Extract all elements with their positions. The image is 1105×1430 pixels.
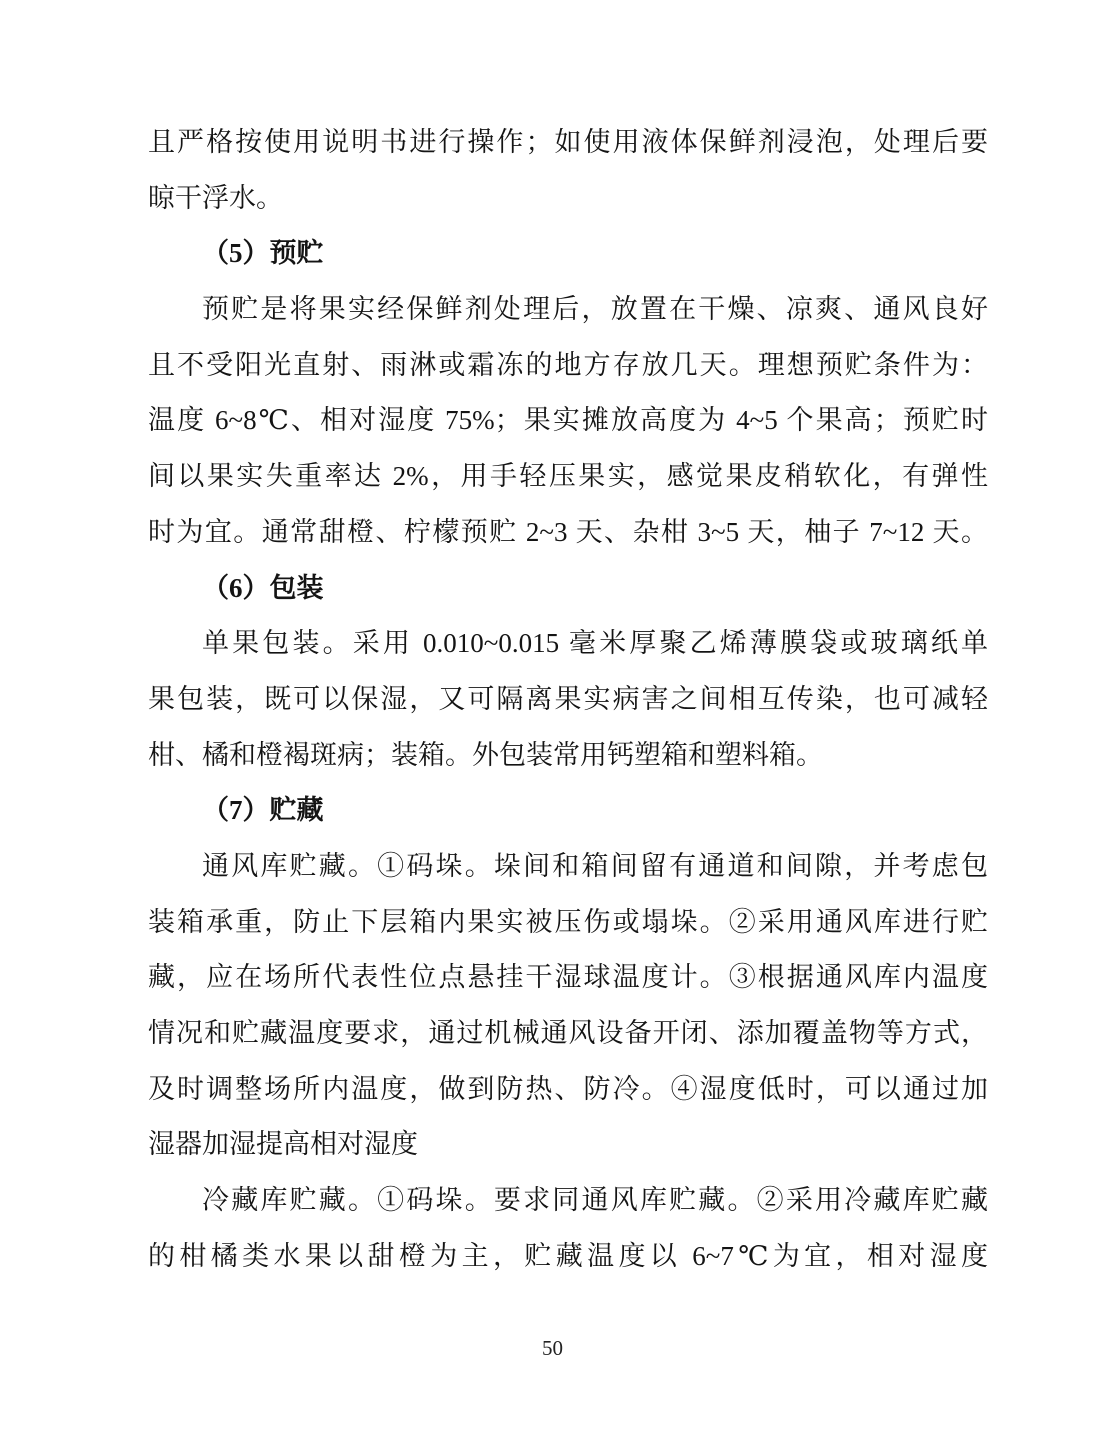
text-line: 情况和贮藏温度要求，通过机械通风设备开闭、添加覆盖物等方式， [148,1006,988,1062]
paragraph-ventilated-storage: 通风库贮藏。①码垛。垛间和箱间留有通道和间隙，并考虑包 装箱承重，防止下层箱内果… [148,839,988,1173]
text-line: 柑、橘和橙褐斑病；装箱。外包装常用钙塑箱和塑料箱。 [148,728,988,784]
text-line: 果包装，既可以保湿，又可隔离果实病害之间相互传染，也可减轻 [148,672,988,728]
text-line: 藏，应在场所代表性位点悬挂干湿球温度计。③根据通风库内温度 [148,950,988,1006]
section-heading-5: （5）预贮 [148,226,988,282]
text-line: 的柑橘类水果以甜橙为主，贮藏温度以 6~7℃为宜，相对湿度 [148,1229,988,1285]
text-line: 单果包装。采用 0.010~0.015 毫米厚聚乙烯薄膜袋或玻璃纸单 [148,616,988,672]
text-line: 且不受阳光直射、雨淋或霜冻的地方存放几天。理想预贮条件为： [148,338,988,394]
text-line: 装箱承重，防止下层箱内果实被压伤或塌垛。②采用通风库进行贮 [148,895,988,951]
text-line: 温度 6~8℃、相对湿度 75%；果实摊放高度为 4~5 个果高；预贮时 [148,393,988,449]
paragraph-continued: 且严格按使用说明书进行操作；如使用液体保鲜剂浸泡，处理后要 晾干浮水。 [148,115,988,226]
text-line: 湿器加湿提高相对湿度 [148,1117,988,1173]
text-line: 且严格按使用说明书进行操作；如使用液体保鲜剂浸泡，处理后要 [148,115,988,171]
section-heading-6: （6）包装 [148,561,988,617]
page-body: 且严格按使用说明书进行操作；如使用液体保鲜剂浸泡，处理后要 晾干浮水。 （5）预… [148,115,988,1284]
text-line: 通风库贮藏。①码垛。垛间和箱间留有通道和间隙，并考虑包 [148,839,988,895]
text-line: 预贮是将果实经保鲜剂处理后，放置在干燥、凉爽、通风良好 [148,282,988,338]
paragraph-prestorage: 预贮是将果实经保鲜剂处理后，放置在干燥、凉爽、通风良好 且不受阳光直射、雨淋或霜… [148,282,988,560]
text-line: 及时调整场所内温度，做到防热、防冷。④湿度低时，可以通过加 [148,1062,988,1118]
section-heading-7: （7）贮藏 [148,783,988,839]
page-number: 50 [542,1336,563,1360]
text-line: 间以果实失重率达 2%，用手轻压果实，感觉果皮稍软化，有弹性 [148,449,988,505]
page-footer: 50 [0,1334,1105,1362]
paragraph-cold-storage: 冷藏库贮藏。①码垛。要求同通风库贮藏。②采用冷藏库贮藏 的柑橘类水果以甜橙为主，… [148,1173,988,1284]
text-line: 时为宜。通常甜橙、柠檬预贮 2~3 天、杂柑 3~5 天，柚子 7~12 天。 [148,505,988,561]
text-line: 冷藏库贮藏。①码垛。要求同通风库贮藏。②采用冷藏库贮藏 [148,1173,988,1229]
text-line: 晾干浮水。 [148,171,988,227]
paragraph-packaging: 单果包装。采用 0.010~0.015 毫米厚聚乙烯薄膜袋或玻璃纸单 果包装，既… [148,616,988,783]
